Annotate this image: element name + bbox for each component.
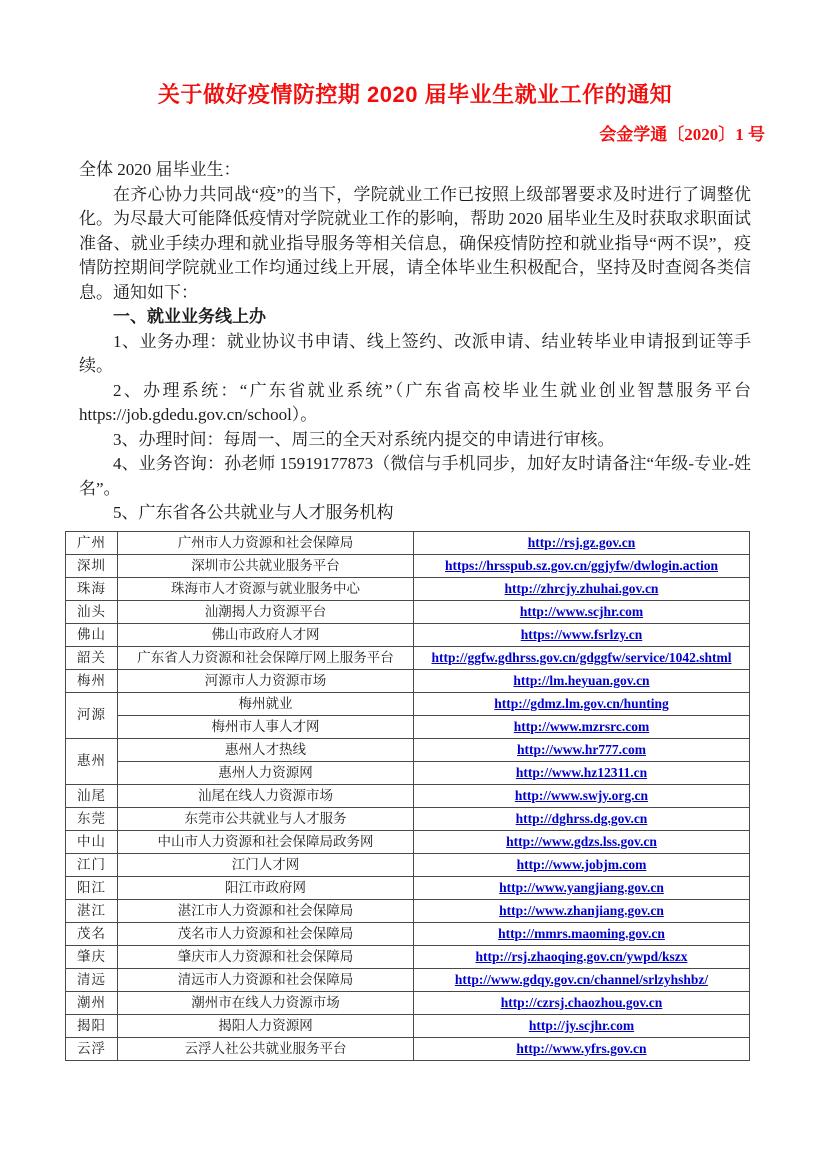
service-link[interactable]: http://www.scjhr.com bbox=[520, 604, 643, 619]
city-cell: 清远 bbox=[66, 968, 118, 991]
url-cell: http://rsj.zhaoqing.gov.cn/ywpd/kszx bbox=[414, 945, 750, 968]
url-cell: http://dghrss.dg.gov.cn bbox=[414, 807, 750, 830]
organization-cell: 揭阳人力资源网 bbox=[118, 1014, 414, 1037]
service-link[interactable]: https://hrsspub.sz.gov.cn/ggjyfw/dwlogin… bbox=[445, 558, 718, 573]
table-row: 潮州潮州市在线人力资源市场http://czrsj.chaozhou.gov.c… bbox=[66, 991, 750, 1014]
table-row: 广州广州市人力资源和社会保障局http://rsj.gz.gov.cn bbox=[66, 531, 750, 554]
salutation: 全体 2020 届毕业生： bbox=[79, 158, 751, 183]
organization-cell: 广东省人力资源和社会保障厅网上服务平台 bbox=[118, 646, 414, 669]
list-item-business-handling: 1、业务办理：就业协议书申请、线上签约、改派申请、结业转毕业申请报到证等手续。 bbox=[79, 330, 751, 379]
url-cell: http://www.hz12311.cn bbox=[414, 761, 750, 784]
city-cell: 东莞 bbox=[66, 807, 118, 830]
service-link[interactable]: http://zhrcjy.zhuhai.gov.cn bbox=[505, 581, 659, 596]
table-row: 清远清远市人力资源和社会保障局http://www.gdqy.gov.cn/ch… bbox=[66, 968, 750, 991]
city-cell: 珠海 bbox=[66, 577, 118, 600]
url-cell: http://zhrcjy.zhuhai.gov.cn bbox=[414, 577, 750, 600]
organization-cell: 东莞市公共就业与人才服务 bbox=[118, 807, 414, 830]
service-link[interactable]: http://lm.heyuan.gov.cn bbox=[513, 673, 649, 688]
table-row: 深圳深圳市公共就业服务平台https://hrsspub.sz.gov.cn/g… bbox=[66, 554, 750, 577]
city-cell: 深圳 bbox=[66, 554, 118, 577]
organization-cell: 佛山市政府人才网 bbox=[118, 623, 414, 646]
organization-cell: 中山市人力资源和社会保障局政务网 bbox=[118, 830, 414, 853]
city-cell: 韶关 bbox=[66, 646, 118, 669]
organization-cell: 茂名市人力资源和社会保障局 bbox=[118, 922, 414, 945]
organization-cell: 清远市人力资源和社会保障局 bbox=[118, 968, 414, 991]
service-link[interactable]: http://www.yfrs.gov.cn bbox=[516, 1041, 646, 1056]
service-link[interactable]: http://jy.scjhr.com bbox=[529, 1018, 634, 1033]
table-row: 揭阳揭阳人力资源网http://jy.scjhr.com bbox=[66, 1014, 750, 1037]
list-item-service-orgs: 5、广东省各公共就业与人才服务机构 bbox=[79, 501, 751, 526]
table-row: 佛山佛山市政府人才网https://www.fsrlzy.cn bbox=[66, 623, 750, 646]
city-cell: 阳江 bbox=[66, 876, 118, 899]
table-row: 惠州人力资源网http://www.hz12311.cn bbox=[66, 761, 750, 784]
service-link[interactable]: https://www.fsrlzy.cn bbox=[521, 627, 643, 642]
organization-cell: 河源市人力资源市场 bbox=[118, 669, 414, 692]
service-link[interactable]: http://dghrss.dg.gov.cn bbox=[516, 811, 648, 826]
url-cell: http://www.zhanjiang.gov.cn bbox=[414, 899, 750, 922]
city-cell: 肇庆 bbox=[66, 945, 118, 968]
table-row: 云浮云浮人社公共就业服务平台http://www.yfrs.gov.cn bbox=[66, 1037, 750, 1060]
organization-cell: 梅州就业 bbox=[118, 692, 414, 715]
url-cell: http://mmrs.maoming.gov.cn bbox=[414, 922, 750, 945]
table-row: 惠州惠州人才热线http://www.hr777.com bbox=[66, 738, 750, 761]
city-cell: 汕尾 bbox=[66, 784, 118, 807]
service-link[interactable]: http://ggfw.gdhrss.gov.cn/gdggfw/service… bbox=[431, 650, 731, 665]
url-cell: http://www.hr777.com bbox=[414, 738, 750, 761]
url-cell: http://www.yangjiang.gov.cn bbox=[414, 876, 750, 899]
organization-cell: 肇庆市人力资源和社会保障局 bbox=[118, 945, 414, 968]
organization-cell: 汕尾在线人力资源市场 bbox=[118, 784, 414, 807]
organization-cell: 梅州市人事人才网 bbox=[118, 715, 414, 738]
service-link[interactable]: http://rsj.zhaoqing.gov.cn/ywpd/kszx bbox=[476, 949, 688, 964]
table-row: 汕尾汕尾在线人力资源市场http://www.swjy.org.cn bbox=[66, 784, 750, 807]
url-cell: http://www.yfrs.gov.cn bbox=[414, 1037, 750, 1060]
list-item-handling-system: 2、办理系统：“广东省就业系统”（广东省高校毕业生就业创业智慧服务平台 http… bbox=[79, 379, 751, 428]
city-cell: 广州 bbox=[66, 531, 118, 554]
city-cell: 茂名 bbox=[66, 922, 118, 945]
organization-cell: 广州市人力资源和社会保障局 bbox=[118, 531, 414, 554]
organization-cell: 珠海市人才资源与就业服务中心 bbox=[118, 577, 414, 600]
service-link[interactable]: http://www.yangjiang.gov.cn bbox=[499, 880, 664, 895]
table-row: 梅州河源市人力资源市场http://lm.heyuan.gov.cn bbox=[66, 669, 750, 692]
service-link[interactable]: http://www.mzrsrc.com bbox=[514, 719, 649, 734]
url-cell: https://hrsspub.sz.gov.cn/ggjyfw/dwlogin… bbox=[414, 554, 750, 577]
table-row: 湛江湛江市人力资源和社会保障局http://www.zhanjiang.gov.… bbox=[66, 899, 750, 922]
table-row: 梅州市人事人才网http://www.mzrsrc.com bbox=[66, 715, 750, 738]
service-link[interactable]: http://www.jobjm.com bbox=[517, 857, 647, 872]
city-cell: 揭阳 bbox=[66, 1014, 118, 1037]
service-link[interactable]: http://www.hz12311.cn bbox=[516, 765, 647, 780]
url-cell: http://jy.scjhr.com bbox=[414, 1014, 750, 1037]
document-title: 关于做好疫情防控期 2020 届毕业生就业工作的通知 bbox=[79, 80, 751, 110]
organization-cell: 惠州人才热线 bbox=[118, 738, 414, 761]
url-cell: http://ggfw.gdhrss.gov.cn/gdggfw/service… bbox=[414, 646, 750, 669]
service-link[interactable]: http://www.hr777.com bbox=[517, 742, 646, 757]
url-cell: http://lm.heyuan.gov.cn bbox=[414, 669, 750, 692]
organization-cell: 湛江市人力资源和社会保障局 bbox=[118, 899, 414, 922]
service-table: 广州广州市人力资源和社会保障局http://rsj.gz.gov.cn深圳深圳市… bbox=[65, 531, 750, 1061]
organization-cell: 潮州市在线人力资源市场 bbox=[118, 991, 414, 1014]
city-cell: 惠州 bbox=[66, 738, 118, 784]
table-row: 阳江阳江市政府网http://www.yangjiang.gov.cn bbox=[66, 876, 750, 899]
table-row: 江门江门人才网http://www.jobjm.com bbox=[66, 853, 750, 876]
service-link[interactable]: http://mmrs.maoming.gov.cn bbox=[498, 926, 665, 941]
notice-document: 关于做好疫情防控期 2020 届毕业生就业工作的通知 会金学通〔2020〕1 号… bbox=[0, 0, 827, 1169]
table-row: 中山中山市人力资源和社会保障局政务网http://www.gdzs.lss.go… bbox=[66, 830, 750, 853]
table-row: 汕头汕潮揭人力资源平台http://www.scjhr.com bbox=[66, 600, 750, 623]
city-cell: 河源 bbox=[66, 692, 118, 738]
organization-cell: 江门人才网 bbox=[118, 853, 414, 876]
table-row: 茂名茂名市人力资源和社会保障局http://mmrs.maoming.gov.c… bbox=[66, 922, 750, 945]
intro-paragraph: 在齐心协力共同战“疫”的当下，学院就业工作已按照上级部署要求及时进行了调整优化。… bbox=[79, 183, 751, 306]
organization-cell: 云浮人社公共就业服务平台 bbox=[118, 1037, 414, 1060]
url-cell: http://www.jobjm.com bbox=[414, 853, 750, 876]
city-cell: 中山 bbox=[66, 830, 118, 853]
organization-cell: 汕潮揭人力资源平台 bbox=[118, 600, 414, 623]
service-link[interactable]: http://www.swjy.org.cn bbox=[515, 788, 648, 803]
section-heading: 一、就业业务线上办 bbox=[79, 305, 751, 330]
city-cell: 湛江 bbox=[66, 899, 118, 922]
service-table-body: 广州广州市人力资源和社会保障局http://rsj.gz.gov.cn深圳深圳市… bbox=[66, 531, 750, 1060]
table-row: 肇庆肇庆市人力资源和社会保障局http://rsj.zhaoqing.gov.c… bbox=[66, 945, 750, 968]
url-cell: http://gdmz.lm.gov.cn/hunting bbox=[414, 692, 750, 715]
city-cell: 汕头 bbox=[66, 600, 118, 623]
url-cell: http://www.swjy.org.cn bbox=[414, 784, 750, 807]
service-link[interactable]: http://www.zhanjiang.gov.cn bbox=[499, 903, 664, 918]
city-cell: 梅州 bbox=[66, 669, 118, 692]
table-row: 珠海珠海市人才资源与就业服务中心http://zhrcjy.zhuhai.gov… bbox=[66, 577, 750, 600]
city-cell: 云浮 bbox=[66, 1037, 118, 1060]
service-link[interactable]: http://czrsj.chaozhou.gov.cn bbox=[501, 995, 663, 1010]
url-cell: http://www.gdqy.gov.cn/channel/srlzyhshb… bbox=[414, 968, 750, 991]
city-cell: 潮州 bbox=[66, 991, 118, 1014]
url-cell: http://czrsj.chaozhou.gov.cn bbox=[414, 991, 750, 1014]
service-link[interactable]: http://gdmz.lm.gov.cn/hunting bbox=[494, 696, 668, 711]
table-row: 韶关广东省人力资源和社会保障厅网上服务平台http://ggfw.gdhrss.… bbox=[66, 646, 750, 669]
table-row: 东莞东莞市公共就业与人才服务http://dghrss.dg.gov.cn bbox=[66, 807, 750, 830]
url-cell: http://www.scjhr.com bbox=[414, 600, 750, 623]
service-link[interactable]: http://www.gdqy.gov.cn/channel/srlzyhshb… bbox=[455, 972, 708, 987]
organization-cell: 阳江市政府网 bbox=[118, 876, 414, 899]
list-item-business-consulting: 4、业务咨询：孙老师 15919177873（微信与手机同步，加好友时请备注“年… bbox=[79, 452, 751, 501]
url-cell: http://www.gdzs.lss.gov.cn bbox=[414, 830, 750, 853]
url-cell: http://www.mzrsrc.com bbox=[414, 715, 750, 738]
organization-cell: 惠州人力资源网 bbox=[118, 761, 414, 784]
organization-cell: 深圳市公共就业服务平台 bbox=[118, 554, 414, 577]
url-cell: http://rsj.gz.gov.cn bbox=[414, 531, 750, 554]
document-number: 会金学通〔2020〕1 号 bbox=[79, 123, 765, 147]
city-cell: 佛山 bbox=[66, 623, 118, 646]
table-row: 河源梅州就业http://gdmz.lm.gov.cn/hunting bbox=[66, 692, 750, 715]
city-cell: 江门 bbox=[66, 853, 118, 876]
service-link[interactable]: http://rsj.gz.gov.cn bbox=[528, 535, 636, 550]
service-link[interactable]: http://www.gdzs.lss.gov.cn bbox=[506, 834, 657, 849]
list-item-handling-time: 3、办理时间：每周一、周三的全天对系统内提交的申请进行审核。 bbox=[79, 428, 751, 453]
url-cell: https://www.fsrlzy.cn bbox=[414, 623, 750, 646]
